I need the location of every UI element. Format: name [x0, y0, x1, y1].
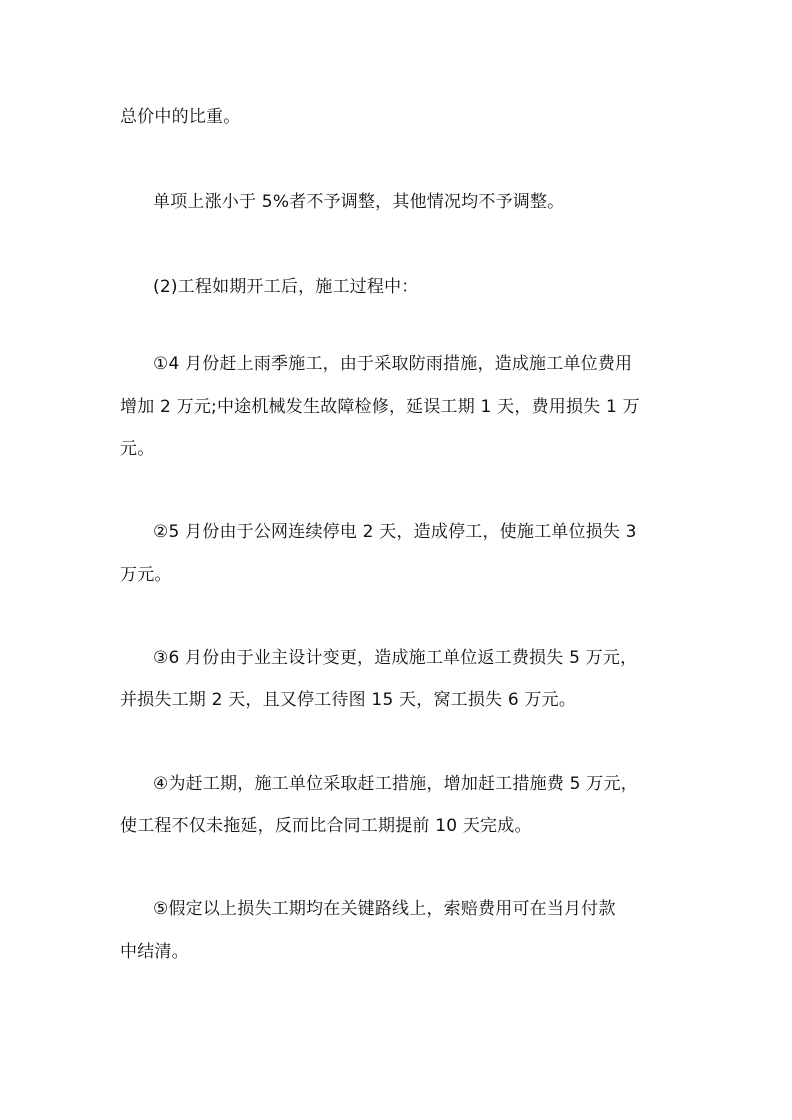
paragraph-item-4-line-2: 使工程不仅未拖延，反而比合同工期提前 10 天完成。	[120, 815, 532, 837]
paragraph-single-item-line-1: 单项上涨小于 5%者不予调整，其他情况均不予调整。	[153, 191, 564, 213]
paragraph-item-2-line-2: 万元。	[120, 564, 172, 586]
paragraph-item-1-line-1: ①4 月份赶上雨季施工，由于采取防雨措施，造成施工单位费用	[153, 353, 632, 375]
paragraph-section-2-heading: (2)工程如期开工后，施工过程中：	[153, 276, 418, 298]
paragraph-item-1-line-3: 元。	[120, 438, 154, 460]
document-page: 总价中的比重。 单项上涨小于 5%者不予调整，其他情况均不予调整。 (2)工程如…	[0, 0, 792, 1120]
paragraph-total-price-line-1: 总价中的比重。	[120, 106, 240, 128]
paragraph-item-3-line-1: ③6 月份由于业主设计变更，造成施工单位返工费损失 5 万元，	[153, 647, 637, 669]
paragraph-item-2-line-1: ②5 月份由于公网连续停电 2 天，造成停工，使施工单位损失 3	[153, 521, 637, 543]
paragraph-item-5-line-1: ⑤假定以上损失工期均在关键路线上，索赔费用可在当月付款	[153, 898, 616, 920]
paragraph-item-1-line-2: 增加 2 万元;中途机械发生故障检修，延误工期 1 天，费用损失 1 万	[120, 396, 640, 418]
paragraph-item-5-line-2: 中结清。	[120, 941, 189, 963]
paragraph-item-4-line-1: ④为赶工期，施工单位采取赶工措施，增加赶工措施费 5 万元，	[153, 773, 638, 795]
paragraph-item-3-line-2: 并损失工期 2 天，且又停工待图 15 天，窝工损失 6 万元。	[120, 689, 576, 711]
